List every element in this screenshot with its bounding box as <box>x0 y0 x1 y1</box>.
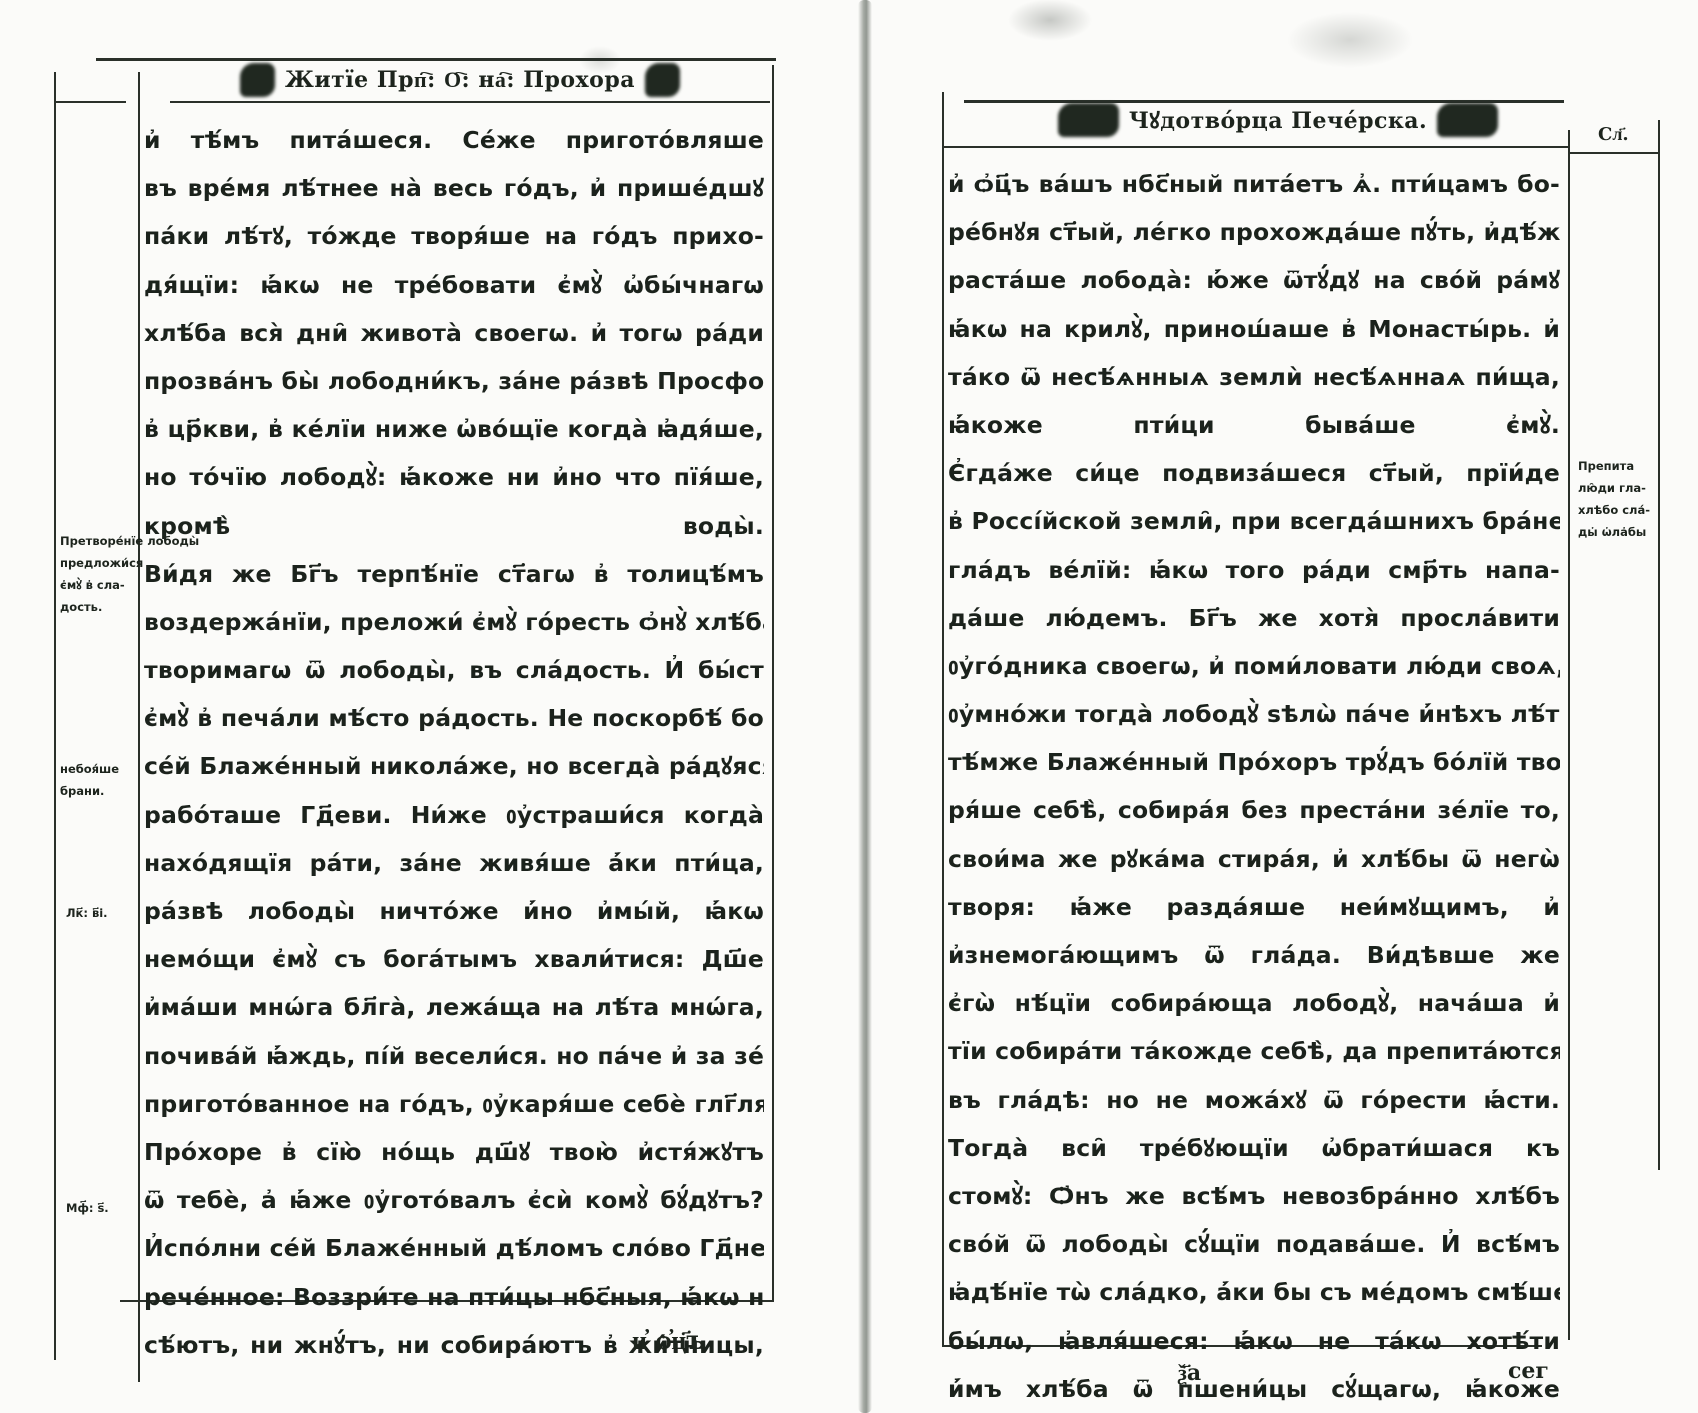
text-line: кромѣ̀ воды̀. <box>144 502 764 550</box>
ink-blot <box>240 63 275 97</box>
left-margin-top-rule <box>56 101 126 103</box>
right-text-right-line <box>1568 130 1570 1340</box>
text-line: ря́ше себѣ̀, собира́я без преста́ни зе́л… <box>948 786 1560 834</box>
margin-note-line: Лк҃: в҃і. <box>66 902 108 924</box>
text-line: Про́хоре в҆ сїю̀ но́щь дш҃ꙋ твою̀ и҆стя́… <box>144 1128 764 1176</box>
text-line: въ вре́мя лѣ́тнее на̀ весь го́дъ, и҆ при… <box>144 164 764 212</box>
text-line: ѿ тебѐ, а҆ ꙗ҆́же ᲂу҆гото́валъ є҆сѝ комꙋ̀… <box>144 1176 764 1224</box>
right-page: Чꙋдотво́рца Пече́рска. Сл҃. и҆ ѻ҆ц҃ъ ва́… <box>858 0 1698 1413</box>
margin-note-line: брани. <box>60 780 119 802</box>
text-line: рабо́таше Гд҃еви. Ни́же ᲂу҆страши́ся ког… <box>144 791 764 839</box>
left-outer-margin-line <box>54 72 56 1360</box>
text-line: тїи собира́ти та́кожде себѣ̀, да препита… <box>948 1027 1560 1075</box>
text-line: в҆ цр҃кви, в҆ ке́лїи ниже ѡ҆во́щїе когда… <box>144 405 764 453</box>
text-line: Тогда̀ вси̑ тре́бꙋющїи ѡ҆брати́шася къ <box>948 1124 1560 1172</box>
right-folio-label: Сл҃. <box>1598 124 1629 145</box>
text-line: да́ше лю́демъ. Бг҃ъ же хотя̀ просла́вити <box>948 594 1560 642</box>
text-line: и҆ма́ши мнѡ́га бл҃га̀, лежа́ща на лѣ́та … <box>144 983 764 1031</box>
text-line: рече́нное: Воззри́те на пти́цы нбс҃ныя, … <box>144 1273 764 1321</box>
ink-blot <box>1058 103 1119 137</box>
margin-note-line: небоя́ше <box>60 758 119 780</box>
margin-note-line: Мф҃: ѕ҃. <box>66 1197 109 1219</box>
left-margin-note-4: Мф҃: ѕ҃. <box>66 1197 109 1219</box>
margin-note-line: є҆мꙋ̀ в҆ сла- <box>60 574 199 596</box>
text-line: воздержа́нїи, преложи́ є҆мꙋ̀ го́ресть ѻ҆… <box>144 598 764 646</box>
text-line: Ви́дя же Бг҃ъ терпѣ́нїе ст҃агѡ в҆ толицѣ… <box>144 550 764 598</box>
margin-note-line: Препита <box>1578 455 1650 477</box>
text-line: ᲂу҆мно́жи тогда̀ лободꙋ̀ ѕѣлѡ̀ па́че и҆́… <box>948 690 1560 738</box>
text-line: є҆мꙋ̀ в҆ печа́ли мѣ́сто ра́дость. Не пос… <box>144 694 764 742</box>
text-line: почива́й ꙗ҆́ждь, пі́й весели́ся. но па́ч… <box>144 1032 764 1080</box>
right-header-underline <box>944 146 1568 148</box>
text-line: та́ко ѿ несѣ́ѧнныѧ землѝ несѣ́ѧннаѧ пи́щ… <box>948 353 1560 401</box>
right-margin-outer-line <box>1658 120 1660 1170</box>
left-page: Житїе Прп҇: О҇: на҇: Прохора и҆ тѣ́мъ пи… <box>0 0 858 1413</box>
text-line: но то́чїю лободꙋ̀: ꙗ҆́коже ни и҆но что п… <box>144 453 764 501</box>
ink-blot <box>645 63 680 97</box>
right-body-text: и҆ ѻ҆ц҃ъ ва́шъ нбс҃ный пита́етъ ѧ҆. пти́… <box>948 160 1560 1413</box>
text-line: пригото́ванное на го́дъ, ᲂу҆каря́ше себѐ… <box>144 1080 764 1128</box>
text-line: ꙗ҆дѣ́нїе тѡ̀ сла́дко, а҆́ки бы съ ме́дом… <box>948 1268 1560 1316</box>
left-body-text: и҆ тѣ́мъ пита́шеся. Се́же пригото́вляшев… <box>144 116 764 1369</box>
margin-note-line: хлѣбо сла́- <box>1578 499 1650 521</box>
text-line: свои́ма же рꙋка́ма стира́я, и҆ хлѣ́бы ѿ … <box>948 835 1560 883</box>
left-text-left-line <box>138 72 140 1382</box>
right-running-header: Чꙋдотво́рца Пече́рска. <box>1048 100 1508 140</box>
right-text-left-line <box>942 92 944 1347</box>
text-line: ꙗ҆́коже пти́ци быва́ше є҆мꙋ̀. <box>948 401 1560 449</box>
right-margin-note-1: Препиталю̑ди гла-хлѣбо сла́-ды҆ ѡ҆ла҆бы <box>1578 455 1650 543</box>
text-line: и҆знемога́ющимъ ѿ гла́да. Ви́дѣвше же <box>948 931 1560 979</box>
text-line: и҆ ѻ҆ц҃ъ ва́шъ нбс҃ный пита́етъ ѧ҆. пти́… <box>948 160 1560 208</box>
text-line: тѣ́мже Блаже́нный Про́хоръ трꙋ́дъ бо́лїй… <box>948 738 1560 786</box>
text-line: творя: ꙗ҆́же разда́яше неи́мꙋщимъ, и҆ <box>948 883 1560 931</box>
text-line: немо́щи є҆мꙋ̀ съ бога́тымъ хвали́тися: Д… <box>144 935 764 983</box>
margin-note-line: лю̑ди гла- <box>1578 477 1650 499</box>
text-line: па́ки лѣ́тꙋ, то́жде творя́ше на го́дъ пр… <box>144 212 764 260</box>
text-line: гла́дъ ве́лїй: ꙗ҆́кѡ того ра́ди смр҃ть н… <box>948 546 1560 594</box>
text-line: бы́лѡ, ꙗ҆вля́шеся: ꙗ҆́кѡ не та́кѡ хотѣ́т… <box>948 1317 1560 1365</box>
text-line: ᲂу҆го́дника своегѡ, и҆ поми́ловати лю́ди… <box>948 642 1560 690</box>
text-line: ре́бнꙋя ст҃ый, ле́гко прохожда́ше пꙋ́ть,… <box>948 208 1560 256</box>
left-running-header: Житїе Прп҇: О҇: на҇: Прохора <box>230 60 690 100</box>
text-line: ра́звѣ лободы̀ ничто́же и҆́но и҆мы́й, ꙗ҆… <box>144 887 764 935</box>
text-line: є҆гѡ̀ нѣ́цїи собира́юща лободꙋ̀, нача́ша… <box>948 979 1560 1027</box>
right-margin-top-rule <box>1570 152 1660 154</box>
text-line: Є҆гда́же си́це подвиза́шеся ст҃ый, прїи́… <box>948 449 1560 497</box>
left-catchword: и҆ ѻ҆ц҃ъ <box>632 1326 706 1356</box>
folio-number: ѯ҃а <box>1178 1360 1201 1386</box>
text-line: и҆́мъ хлѣ́ба ѿ пшени́цы сꙋ́щагѡ, ꙗ҆́коже <box>948 1365 1560 1413</box>
left-margin-note-3: Лк҃: в҃і. <box>66 902 108 924</box>
left-margin-note-1: Претворе́нїе лободы̀предложи́сяє҆мꙋ̀ в҆ … <box>60 530 199 618</box>
ink-blot <box>1437 103 1498 137</box>
text-line: творимагѡ ѿ лободы̀, въ сла́дость. И҆ бы… <box>144 646 764 694</box>
text-line: хлѣ́ба вся̀ дни̑ живота̀ своегѡ. и҆ тогѡ… <box>144 309 764 357</box>
text-line: И҆спо́лни се́й Блаже́нный дѣ́ломъ сло́во… <box>144 1224 764 1272</box>
left-header-underline <box>170 101 770 103</box>
right-catchword: сег <box>1508 1358 1549 1384</box>
text-line: се́й Блаже́нный никола́же, но всегда̀ ра… <box>144 742 764 790</box>
text-line: дя́щїи: ꙗ҆́кѡ не тре́бовати є҆мꙋ̀ ѡ҆бы́ч… <box>144 261 764 309</box>
margin-note-line: Претворе́нїе лободы̀ <box>60 530 199 552</box>
margin-note-line: ды҆ ѡ҆ла҆бы <box>1578 521 1650 543</box>
text-line: сво́й ѿ лободы̀ сꙋ́щїи подава́ше. И҆ всѣ… <box>948 1220 1560 1268</box>
right-header-title: Чꙋдотво́рца Пече́рска. <box>1129 105 1427 135</box>
left-header-title: Житїе Прп҇: О҇: на҇: Прохора <box>285 67 635 93</box>
text-line: нахо́дящїя ра́ти, за́не живя́ше а҆́ки пт… <box>144 839 764 887</box>
text-line: ꙗ҆́кѡ на крилꙋ̀, принош́аше в҆ Монасты́р… <box>948 305 1560 353</box>
text-line: въ гла́дѣ: но не можа́хꙋ ѿ го́рести ꙗ҆́с… <box>948 1076 1560 1124</box>
text-line: раста́ше лобода̀: ю҆́же ѿтꙋ́дꙋ на сво́й … <box>948 256 1560 304</box>
text-line: в҆ Россі́йской земли̑, при всегда́шнихъ … <box>948 497 1560 545</box>
text-line: стомꙋ̀: Ѻ҆нъ же всѣ́мъ невозбра́нно хлѣ́… <box>948 1172 1560 1220</box>
text-line: и҆ тѣ́мъ пита́шеся. Се́же пригото́вляше <box>144 116 764 164</box>
left-text-right-line <box>772 65 774 1300</box>
text-line: прозва́нъ бы̀ лободни́къ, за́не ра́звѣ П… <box>144 357 764 405</box>
margin-note-line: дость. <box>60 596 199 618</box>
margin-note-line: предложи́ся <box>60 552 199 574</box>
left-margin-note-2: небоя́шебрани. <box>60 758 119 802</box>
